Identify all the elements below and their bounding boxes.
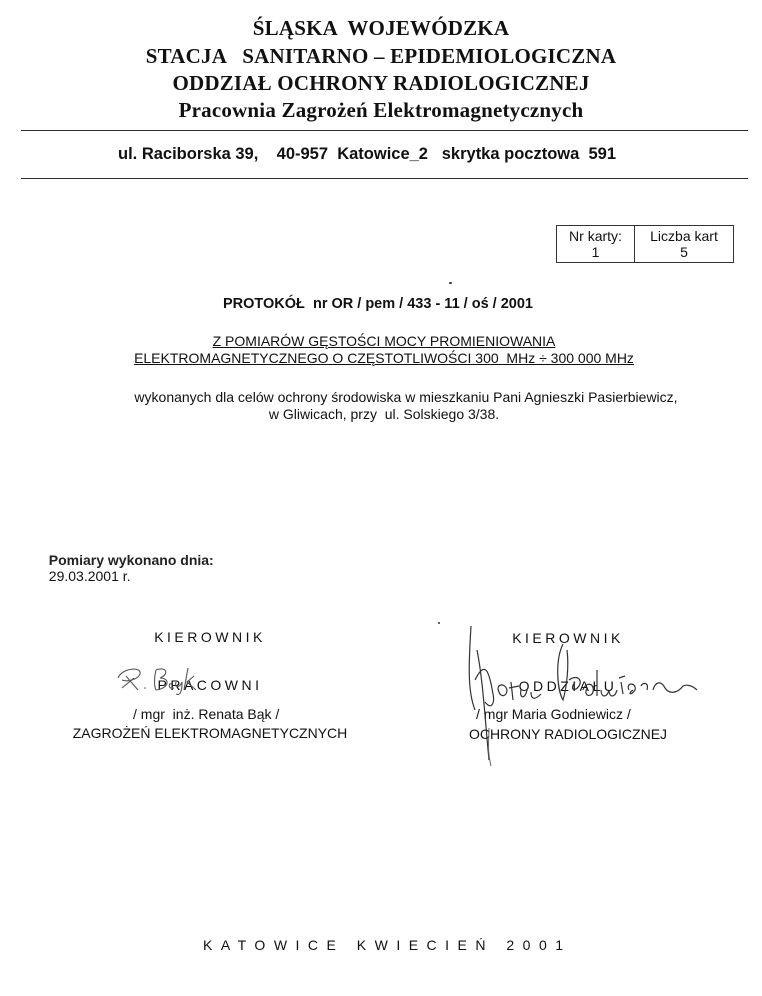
purpose-line-2: w Gliwicach, przy ul. Solskiego 3/38. <box>3 406 762 422</box>
header-divider-top <box>21 130 748 131</box>
measurement-date-line: Pomiary wykonano dnia: 29.03.2001 r. <box>41 536 214 584</box>
card-count-cell: Liczba kart 5 <box>634 226 733 262</box>
protocol-subtitle-2: ELEKTROMAGNETYCZNEGO O CZĘSTOTLIWOŚCI 30… <box>3 350 762 366</box>
scan-speck <box>438 622 440 624</box>
header-line-4: Pracownia Zagrożeń Elektromagnetycznych <box>0 98 762 123</box>
protocol-subtitle-1: Z POMIARÓW GĘSTOŚCI MOCY PROMIENIOWANIA <box>3 333 762 349</box>
address-line: ul. Raciborska 39, 40-957 Katowice_2 skr… <box>118 145 616 164</box>
card-number-value: 1 <box>557 244 634 260</box>
card-count-label: Liczba kart <box>635 228 733 244</box>
card-number-cell: Nr karty: 1 <box>557 226 634 262</box>
left-signatory-name: / mgr inż. Renata Bąk / <box>133 706 279 722</box>
measurement-date-label: Pomiary wykonano dnia: <box>49 552 214 568</box>
header-line-1: ŚLĄSKA WOJEWÓDZKA <box>0 16 762 41</box>
header-divider-bottom <box>21 178 748 179</box>
signature-handwriting-left <box>112 662 222 700</box>
left-title-1: KIEROWNIK <box>40 629 380 645</box>
header-line-2: STACJA SANITARNO – EPIDEMIOLOGICZNA <box>0 44 762 69</box>
scan-speck <box>449 282 452 284</box>
left-title-3: ZAGROŻEŃ ELEKTROMAGNETYCZNYCH <box>40 725 380 741</box>
card-count-table: Nr karty: 1 Liczba kart 5 <box>556 225 734 263</box>
protocol-title: PROTOKÓŁ nr OR / pem / 433 - 11 / oś / 2… <box>223 296 533 312</box>
measurement-date-value: 29.03.2001 r. <box>49 568 131 584</box>
purpose-line-1: wykonanych dla celów ochrony środowiska … <box>25 389 762 405</box>
signature-handwriting-right <box>455 620 705 770</box>
footer-place-date: KATOWICE KWIECIEŃ 2001 <box>203 937 572 953</box>
card-count-value: 5 <box>635 244 733 260</box>
header-line-3: ODDZIAŁ OCHRONY RADIOLOGICZNEJ <box>0 71 762 96</box>
card-number-label: Nr karty: <box>557 228 634 244</box>
